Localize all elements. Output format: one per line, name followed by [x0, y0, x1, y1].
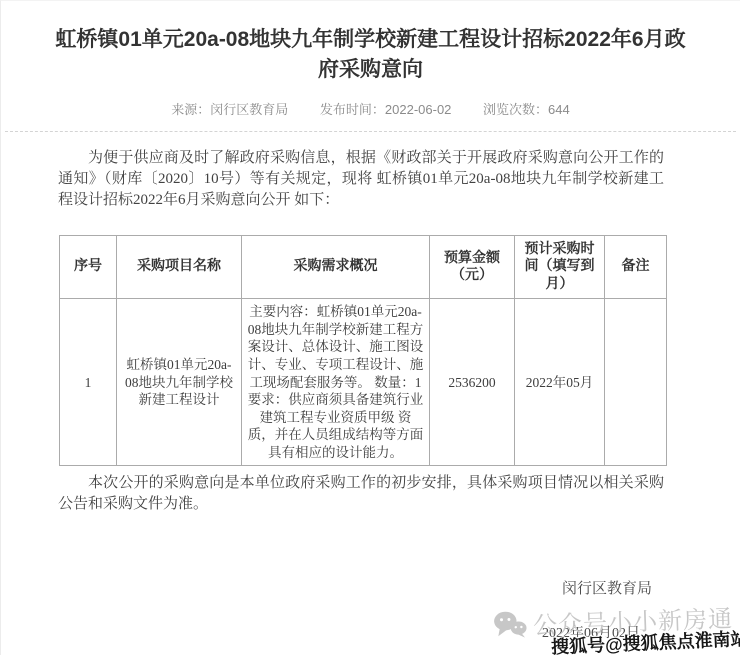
header-budget: 预算金额（元） [430, 235, 515, 299]
header-requirement-summary: 采购需求概况 [242, 235, 430, 299]
cell-requirement-summary: 主要内容：虹桥镇01单元20a-08地块九年制学校新建工程方案设计、总体设计、施… [242, 299, 430, 466]
meta-source-label: 来源： [171, 102, 210, 117]
header-remark: 备注 [605, 235, 667, 299]
header-planned-time: 预计采购时间（填写到月） [515, 235, 605, 299]
meta-views-label: 浏览次数： [483, 102, 548, 117]
table-row: 1 虹桥镇01单元20a-08地块九年制学校新建工程设计 主要内容：虹桥镇01单… [60, 299, 667, 466]
meta-time-label: 发布时间： [320, 102, 385, 117]
cell-planned-time: 2022年05月 [515, 299, 605, 466]
article-meta: 来源：闵行区教育局 发布时间：2022-06-02 浏览次数：644 [1, 99, 740, 118]
header-seq: 序号 [60, 235, 117, 299]
issuer-signature: 闵行区教育局 [1, 577, 740, 598]
document-page: 虹桥镇01单元20a-08地块九年制学校新建工程设计招标2022年6月政府采购意… [0, 0, 740, 655]
intro-paragraph: 为便于供应商及时了解政府采购信息，根据《财政部关于开展政府采购意向公开工作的通知… [58, 148, 664, 211]
cell-project-name: 虹桥镇01单元20a-08地块九年制学校新建工程设计 [117, 299, 242, 466]
page-title: 虹桥镇01单元20a-08地块九年制学校新建工程设计招标2022年6月政府采购意… [45, 25, 696, 86]
meta-source: 来源：闵行区教育局 [171, 102, 288, 117]
cell-remark [605, 299, 667, 466]
cell-budget: 2536200 [430, 299, 515, 466]
meta-views-value: 644 [548, 102, 570, 117]
meta-view-count: 浏览次数：644 [483, 102, 570, 117]
meta-divider [5, 131, 736, 132]
meta-publish-time: 发布时间：2022-06-02 [320, 102, 452, 117]
meta-time-value: 2022-06-02 [385, 102, 452, 117]
procurement-table: 序号 采购项目名称 采购需求概况 预算金额（元） 预计采购时间（填写到月） 备注… [59, 235, 667, 466]
closing-paragraph: 本次公开的采购意向是本单位政府采购工作的初步安排，具体采购项目情况以相关采购公告… [58, 473, 664, 515]
wechat-icon [493, 610, 528, 639]
table-header-row: 序号 采购项目名称 采购需求概况 预算金额（元） 预计采购时间（填写到月） 备注 [60, 235, 667, 299]
cell-seq: 1 [60, 299, 117, 466]
header-project-name: 采购项目名称 [117, 235, 242, 299]
meta-source-value: 闵行区教育局 [210, 102, 288, 117]
